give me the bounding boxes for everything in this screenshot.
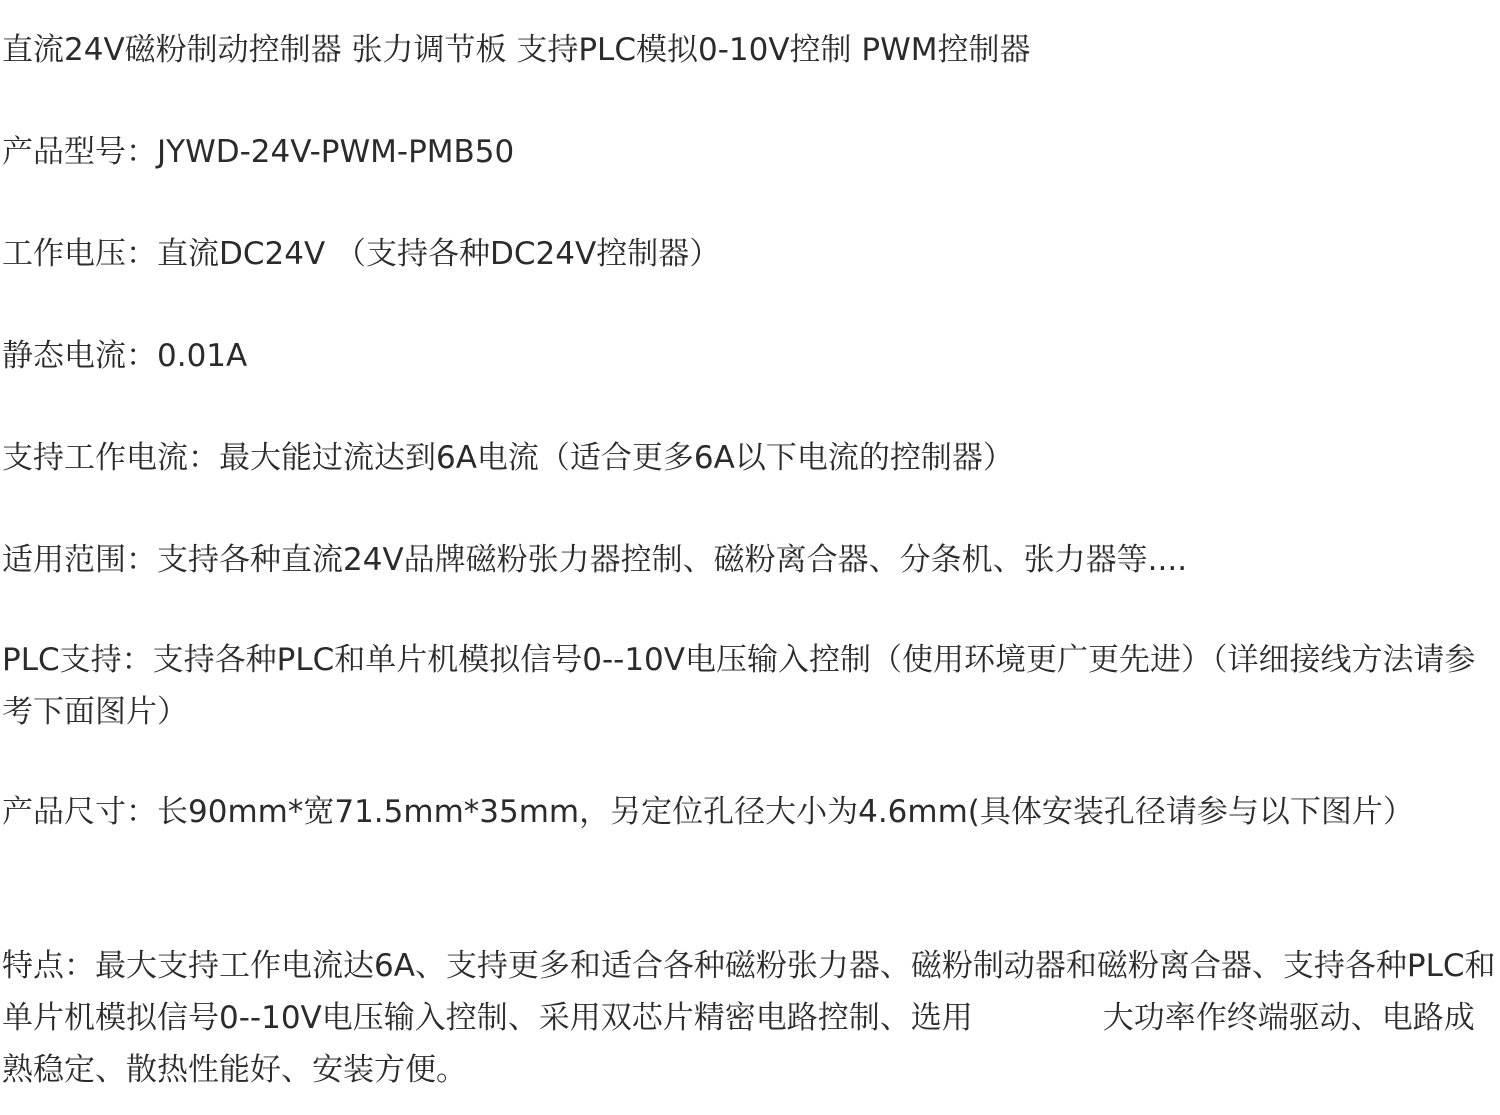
spec-value: 长90mm*宽71.5mm*35mm，另定位孔径大小为4.6mm(具体安装孔径请… — [157, 794, 1414, 830]
spec-value: 0.01A — [157, 338, 247, 374]
spec-value: 支持各种PLC和单片机模拟信号0--10V电压输入控制（使用环境更广更先进）（详… — [2, 642, 1475, 730]
spec-value: 最大能过流达到6A电流（适合更多6A以下电流的控制器） — [219, 440, 1014, 476]
spec-label: 静态电流： — [2, 338, 157, 374]
spec-static-current: 静态电流：0.01A — [2, 330, 247, 382]
spec-plc-support: PLC支持：支持各种PLC和单片机模拟信号0--10V电压输入控制（使用环境更广… — [2, 634, 1498, 738]
spec-label: 工作电压： — [2, 236, 157, 272]
spec-label: PLC支持： — [2, 642, 153, 678]
spec-model: 产品型号：JYWD-24V-PWM-PMB50 — [2, 126, 514, 178]
page-title: 直流24V磁粉制动控制器 张力调节板 支持PLC模拟0-10V控制 PWM控制器 — [2, 24, 1030, 76]
spec-applications: 适用范围：支持各种直流24V品牌磁粉张力器控制、磁粉离合器、分条机、张力器等..… — [2, 534, 1187, 586]
spec-value: JYWD-24V-PWM-PMB50 — [157, 134, 514, 170]
spec-working-current: 支持工作电流：最大能过流达到6A电流（适合更多6A以下电流的控制器） — [2, 432, 1014, 484]
spec-label: 适用范围： — [2, 542, 157, 578]
features-paragraph: 特点：最大支持工作电流达6A、支持更多和适合各种磁粉张力器、磁粉制动器和磁粉离合… — [2, 940, 1498, 1096]
spec-label: 支持工作电流： — [2, 440, 219, 476]
spec-label: 产品尺寸： — [2, 794, 157, 830]
spec-value: 支持各种直流24V品牌磁粉张力器控制、磁粉离合器、分条机、张力器等.... — [157, 542, 1187, 578]
spec-value: 直流DC24V （支持各种DC24V控制器） — [157, 236, 720, 272]
spec-label: 产品型号： — [2, 134, 157, 170]
features-label: 特点： — [2, 948, 95, 984]
spec-dimensions: 产品尺寸：长90mm*宽71.5mm*35mm，另定位孔径大小为4.6mm(具体… — [2, 786, 1414, 838]
spec-voltage: 工作电压：直流DC24V （支持各种DC24V控制器） — [2, 228, 720, 280]
